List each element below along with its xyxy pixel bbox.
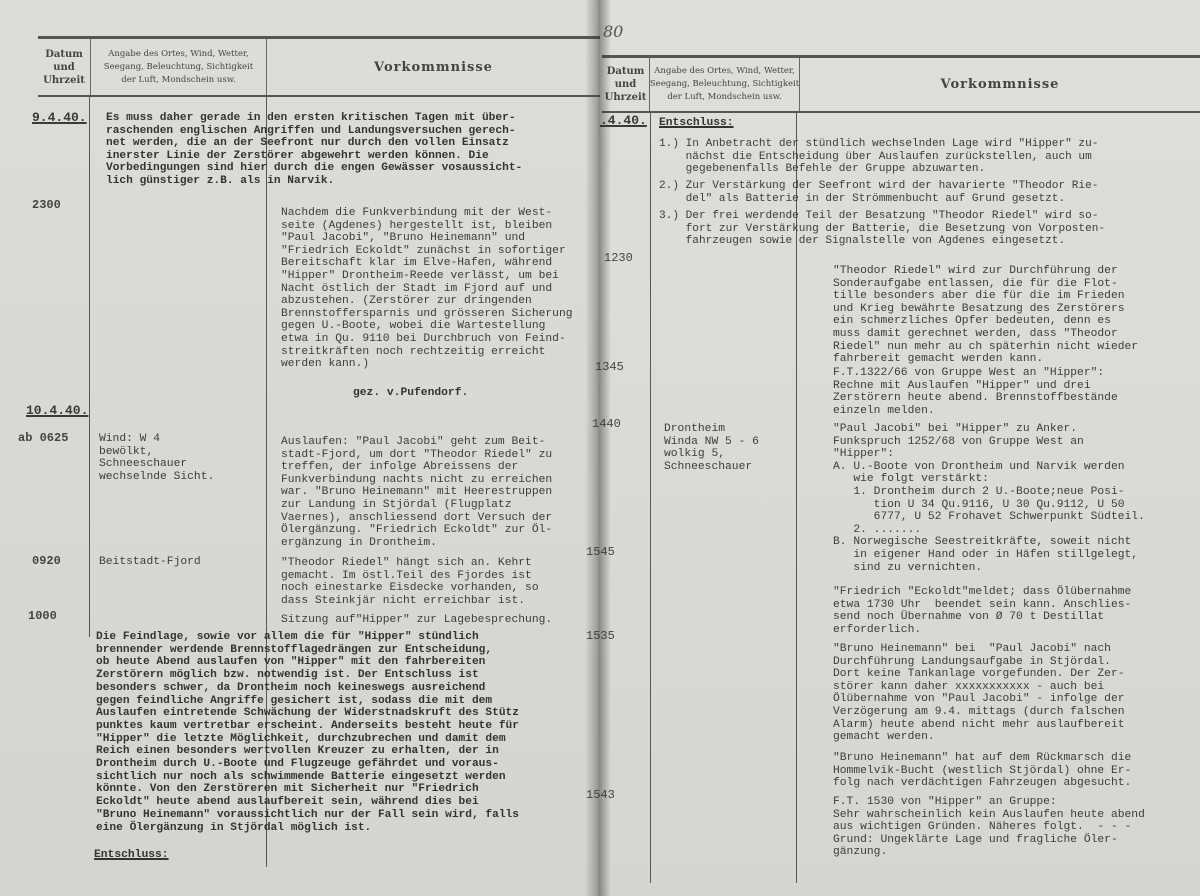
header-date-column: Datum und Uhrzeit [38, 39, 91, 95]
weather-note: Wind: W 4 bewölkt, Schneeschauer wechsel… [99, 433, 214, 483]
decision-item-2: 2.) Zur Verstärkung der Seefront wird de… [659, 180, 1098, 205]
page-number: 80 [603, 22, 623, 41]
entry-text: "Paul Jacobi" bei "Hipper" zu Anker. Fun… [833, 423, 1145, 574]
signature: gez. v.Pufendorf. [353, 387, 468, 400]
weather-note: Drontheim Winda NW 5 - 6 wolkig 5, Schne… [664, 423, 759, 473]
left-page: Datum und Uhrzeit Angabe des Ortes, Wind… [0, 0, 600, 896]
situation-text: Die Feindlage, sowie vor allem die für "… [96, 631, 519, 834]
entry-text: F.T.1322/66 von Gruppe West an "Hipper":… [833, 367, 1118, 417]
entry-date: 10.4.40. [26, 405, 88, 418]
decision-heading: Entschluss: [659, 117, 734, 130]
entry-date: 9.4.40. [32, 112, 87, 125]
entry-time: 1000 [28, 610, 57, 623]
right-page: Datum und Uhrzeit Angabe des Ortes, Wind… [600, 0, 1200, 896]
right-table-header: Datum und Uhrzeit Angabe des Ortes, Wind… [602, 55, 1200, 113]
right-column-divider-1 [650, 113, 651, 883]
entry-text: "Bruno Heinemann" bei "Paul Jacobi" nach… [833, 643, 1125, 744]
entry-text: Auslaufen: "Paul Jacobi" geht zum Beit- … [281, 436, 552, 549]
left-column-divider-1 [89, 97, 90, 637]
decision-item-1: 1.) In Anbetracht der stündlich wechseln… [659, 138, 1098, 176]
entry-text: "Theodor Riedel" wird zur Durchführung d… [833, 265, 1138, 366]
entry-time: 0920 [32, 555, 61, 568]
entry-text: Sitzung auf"Hipper" zur Lagebesprechung. [281, 614, 552, 627]
entry-text: "Theodor Riedel" hängt sich an. Kehrt ge… [281, 557, 539, 607]
left-table-header: Datum und Uhrzeit Angabe des Ortes, Wind… [38, 36, 600, 97]
entry-text: Es muss daher gerade in den ersten kriti… [106, 112, 522, 188]
entry-time: 2300 [32, 199, 61, 212]
header-place-column: Angabe des Ortes, Wind, Wetter, Seegang,… [91, 39, 267, 95]
decision-heading: Entschluss: [94, 849, 169, 862]
header-place-column: Angabe des Ortes, Wind, Wetter, Seegang,… [650, 58, 800, 111]
entry-text: "Friedrich "Eckoldt"meldet; dass Ölübern… [833, 586, 1131, 636]
place-note: Beitstadt-Fjord [99, 556, 201, 569]
header-events-column: Vorkommnisse [267, 39, 600, 95]
decision-item-3: 3.) Der frei werdende Teil der Besatzung… [659, 210, 1105, 248]
entry-text: Nachdem die Funkverbindung mit der West-… [281, 207, 573, 371]
book-gutter [585, 0, 611, 896]
entry-text: F.T. 1530 von "Hipper" an Gruppe: Sehr w… [833, 796, 1145, 859]
entry-time: ab 0625 [18, 432, 68, 445]
entry-text: "Bruno Heinemann" hat auf dem Rückmarsch… [833, 752, 1131, 790]
header-events-column: Vorkommnisse [800, 58, 1200, 111]
